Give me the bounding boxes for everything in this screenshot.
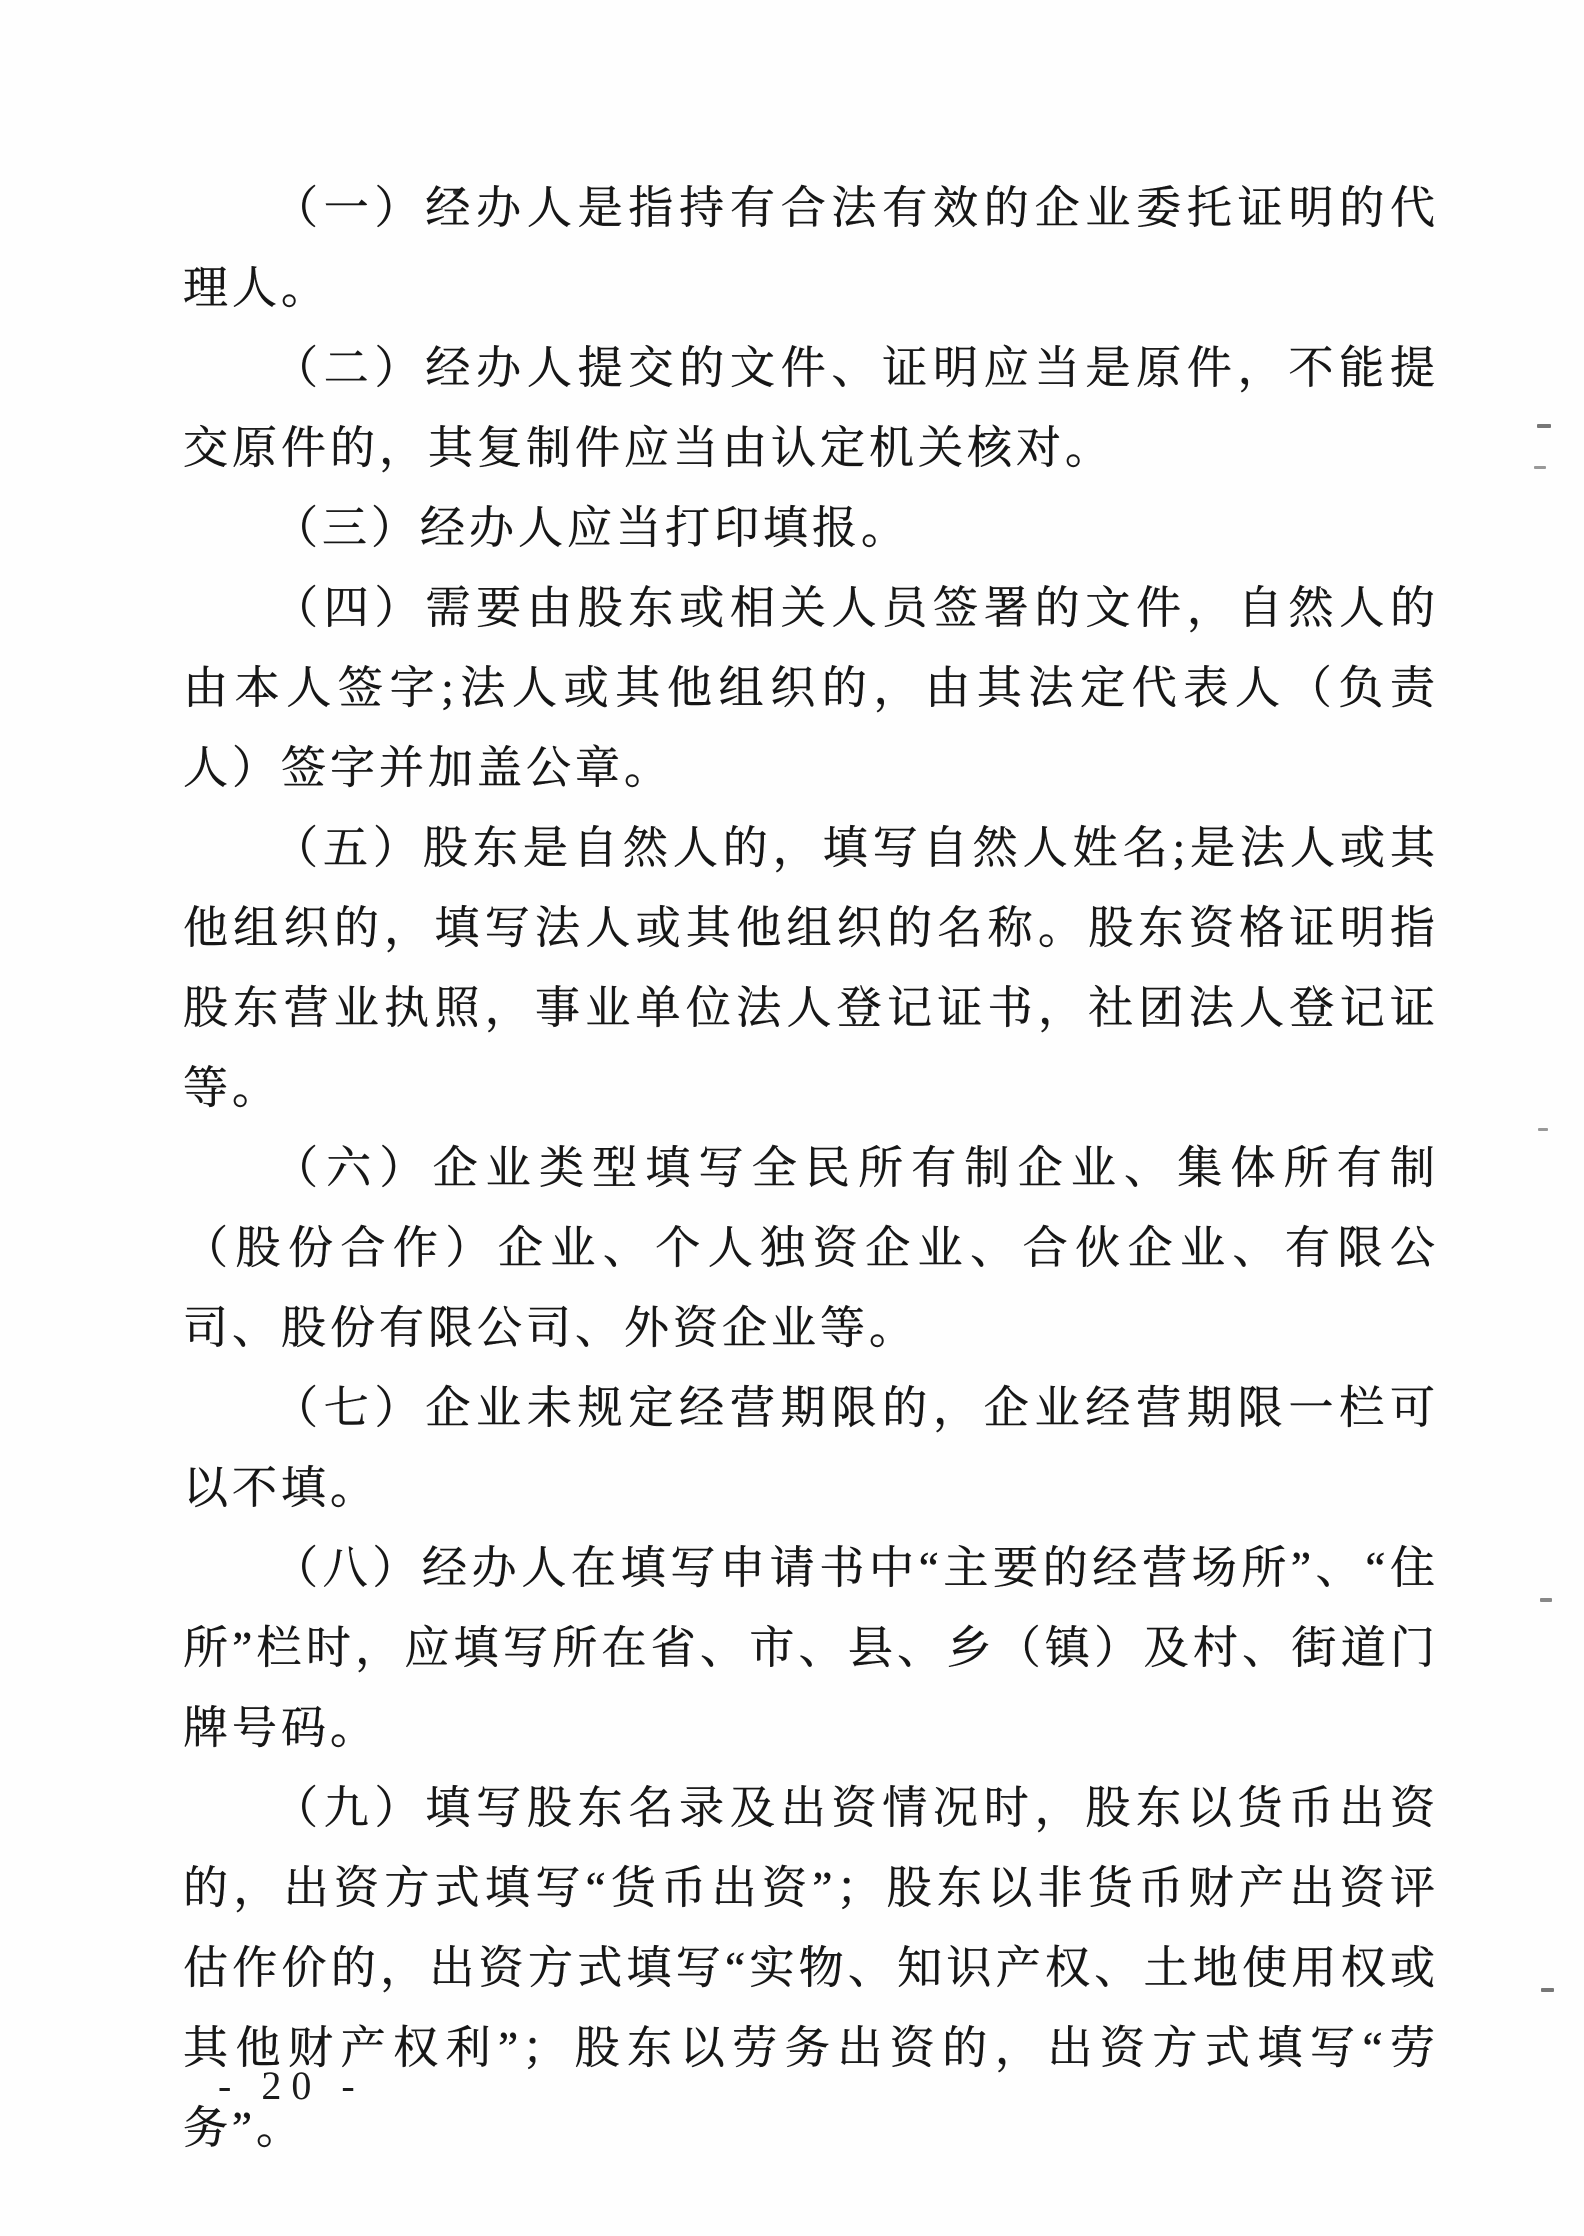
document-body: （一）经办人是指持有合法有效的企业委托证明的代理人。（二）经办人提交的文件、证明… — [183, 168, 1439, 2168]
paragraph: （八）经办人在填写申请书中“主要的经营场所”、“住所”栏时，应填写所在省、市、县… — [183, 1528, 1439, 1768]
paragraph: （六）企业类型填写全民所有制企业、集体所有制（股份合作）企业、个人独资企业、合伙… — [183, 1128, 1439, 1368]
scan-speck — [1534, 466, 1546, 469]
scan-speck — [1538, 1128, 1548, 1131]
paragraph: （四）需要由股东或相关人员签署的文件，自然人的由本人签字;法人或其他组织的，由其… — [183, 568, 1439, 808]
page-number: - 20 - — [218, 2062, 365, 2109]
paragraph: （二）经办人提交的文件、证明应当是原件，不能提交原件的，其复制件应当由认定机关核… — [183, 328, 1439, 488]
paragraph: （七）企业未规定经营期限的，企业经营期限一栏可以不填。 — [183, 1368, 1439, 1528]
scan-speck — [1541, 1988, 1554, 1992]
scan-speck — [1540, 1598, 1552, 1602]
paragraph: （三）经办人应当打印填报。 — [183, 488, 1439, 568]
document-page: （一）经办人是指持有合法有效的企业委托证明的代理人。（二）经办人提交的文件、证明… — [0, 0, 1584, 2236]
paragraph: （一）经办人是指持有合法有效的企业委托证明的代理人。 — [183, 168, 1439, 328]
paragraph: （九）填写股东名录及出资情况时，股东以货币出资的，出资方式填写“货币出资”；股东… — [183, 1768, 1439, 2168]
scan-speck — [1537, 424, 1551, 428]
paragraph: （五）股东是自然人的，填写自然人姓名;是法人或其他组织的，填写法人或其他组织的名… — [183, 808, 1439, 1128]
